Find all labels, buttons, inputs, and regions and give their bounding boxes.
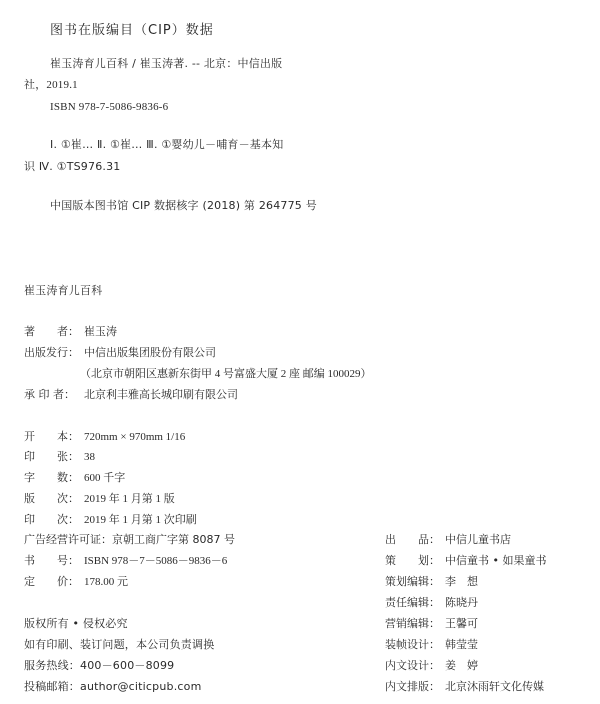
staff-label: 策划编辑： <box>385 575 445 589</box>
spec-label: 印 张： <box>24 450 84 464</box>
cip-line-4: 识 Ⅳ. ①TS976.31 <box>24 160 121 174</box>
staff-value: 中信童书 • 如果童书 <box>445 554 546 568</box>
credit-label: 承 印 者： <box>24 388 84 402</box>
staff-value: 韩莹莹 <box>445 638 478 652</box>
cip-line-1: 崔玉涛育儿百科 / 崔玉涛著. -- 北京：中信出版 <box>50 57 282 71</box>
staff-value: 姜 婷 <box>445 659 478 673</box>
staff-label: 内文排版： <box>385 680 445 694</box>
staff-value: 北京沐雨轩文化传媒 <box>445 680 544 694</box>
staff-responsible-editor: 责任编辑：陈晓丹 <box>385 596 478 610</box>
spec-value: 2019 年 1 月第 1 次印刷 <box>84 513 197 527</box>
spec-value: 京朝工商广字第 8087 号 <box>112 533 235 547</box>
spec-label: 开 本： <box>24 430 84 444</box>
spec-printing: 印 次：2019 年 1 月第 1 次印刷 <box>24 513 197 527</box>
staff-cover-design: 装帧设计：韩莹莹 <box>385 638 478 652</box>
credit-author: 著 者：崔玉涛 <box>24 325 117 339</box>
spec-isbn: 书 号：ISBN 978－7－5086－9836－6 <box>24 554 227 568</box>
staff-label: 出 品： <box>385 533 445 547</box>
credit-value: 中信出版集团股份有限公司 <box>84 346 216 360</box>
cip-line-2: 社，2019.1 <box>24 78 78 92</box>
staff-typesetting: 内文排版：北京沐雨轩文化传媒 <box>385 680 544 694</box>
credit-value: 北京利丰雅高长城印刷有限公司 <box>84 388 238 402</box>
spec-edition: 版 次：2019 年 1 月第 1 版 <box>24 492 175 506</box>
credit-value: （北京市朝阳区惠新东街甲 4 号富盛大厦 2 座 邮编 100029） <box>80 367 372 381</box>
spec-label: 广告经营许可证： <box>24 533 112 547</box>
spec-sheets: 印 张：38 <box>24 450 95 464</box>
spec-value: 600 千字 <box>84 471 125 485</box>
cip-record-number: 中国版本图书馆 CIP 数据核字 (2018) 第 264775 号 <box>50 199 317 213</box>
spec-label: 字 数： <box>24 471 84 485</box>
spec-value: 720mm × 970mm 1/16 <box>84 430 185 444</box>
spec-wordcount: 字 数：600 千字 <box>24 471 125 485</box>
staff-value: 陈晓丹 <box>445 596 478 610</box>
spec-label: 印 次： <box>24 513 84 527</box>
cip-heading: 图书在版编目（CIP）数据 <box>50 24 214 38</box>
defect-notice: 如有印刷、装订问题，本公司负责调换 <box>24 638 214 652</box>
staff-label: 责任编辑： <box>385 596 445 610</box>
staff-label: 营销编辑： <box>385 617 445 631</box>
spec-value: 38 <box>84 450 95 464</box>
staff-producer: 出 品：中信儿童书店 <box>385 533 511 547</box>
spec-format: 开 本：720mm × 970mm 1/16 <box>24 430 185 444</box>
spec-value: 2019 年 1 月第 1 版 <box>84 492 175 506</box>
staff-label: 装帧设计： <box>385 638 445 652</box>
staff-planning-editor: 策划编辑：李 想 <box>385 575 478 589</box>
credit-printer: 承 印 者：北京利丰雅高长城印刷有限公司 <box>24 388 238 402</box>
cip-isbn: ISBN 978-7-5086-9836-6 <box>50 100 168 114</box>
credit-label: 著 者： <box>24 325 84 339</box>
copyright-notice: 版权所有 • 侵权必究 <box>24 617 128 631</box>
staff-value: 王馨可 <box>445 617 478 631</box>
staff-label: 内文设计： <box>385 659 445 673</box>
submission-email: 投稿邮箱：author@citicpub.com <box>24 680 202 694</box>
credit-address: （北京市朝阳区惠新东街甲 4 号富盛大厦 2 座 邮编 100029） <box>80 367 372 381</box>
credit-label: 出版发行： <box>24 346 84 360</box>
credit-value: 崔玉涛 <box>84 325 117 339</box>
staff-planning: 策 划：中信童书 • 如果童书 <box>385 554 546 568</box>
staff-label: 策 划： <box>385 554 445 568</box>
staff-value: 李 想 <box>445 575 478 589</box>
spec-ad-license: 广告经营许可证：京朝工商广字第 8087 号 <box>24 533 235 547</box>
book-title: 崔玉涛育儿百科 <box>24 284 102 298</box>
spec-value: ISBN 978－7－5086－9836－6 <box>84 554 227 568</box>
spec-label: 版 次： <box>24 492 84 506</box>
service-hotline: 服务热线：400－600－8099 <box>24 659 174 673</box>
spec-price: 定 价：178.00 元 <box>24 575 128 589</box>
staff-interior-design: 内文设计：姜 婷 <box>385 659 478 673</box>
cip-line-3: Ⅰ. ①崔… Ⅱ. ①崔… Ⅲ. ①婴幼儿－哺育－基本知 <box>50 138 283 152</box>
credit-publisher: 出版发行：中信出版集团股份有限公司 <box>24 346 216 360</box>
staff-marketing-editor: 营销编辑：王馨可 <box>385 617 478 631</box>
spec-label: 书 号： <box>24 554 84 568</box>
spec-value: 178.00 元 <box>84 575 128 589</box>
staff-value: 中信儿童书店 <box>445 533 511 547</box>
spec-label: 定 价： <box>24 575 84 589</box>
